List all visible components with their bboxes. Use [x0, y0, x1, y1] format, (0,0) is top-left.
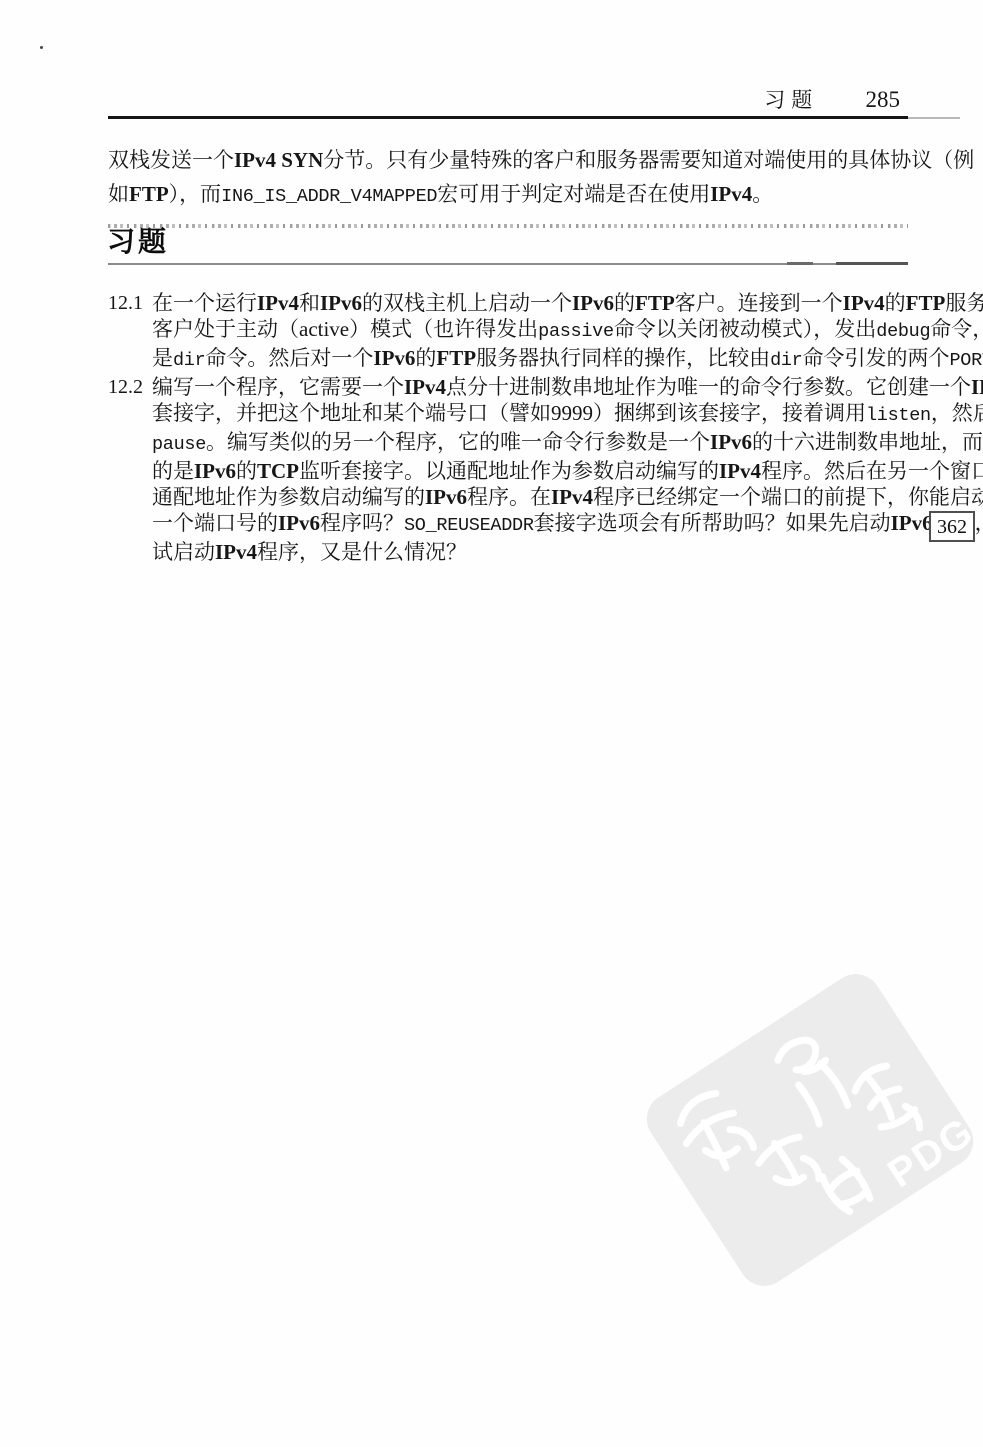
- exercise-item-12-2: 12.2 编写一个程序，它需要一个IPv4点分十进制数串地址作为唯一的命令行参数…: [108, 374, 920, 565]
- text-line: 编写一个程序，它需要一个IPv4点分十进制数串地址作为唯一的命令行参数。它创建一…: [152, 374, 920, 400]
- text-line: 试启动IPv4程序，又是什么情况？: [152, 539, 920, 565]
- text-line: 通配地址作为参数启动编写的IPv6程序。在IPv4程序已经绑定一个端口的前提下，…: [152, 484, 920, 510]
- pdg-watermark: PDG: [637, 964, 983, 1296]
- text-line: 在一个运行IPv4和IPv6的双栈主机上启动一个IPv6的FTP客户。连接到一个…: [152, 290, 920, 316]
- text-line: 客户处于主动（active）模式（也许得发出passive命令以关闭被动模式），…: [152, 316, 920, 345]
- exercises-list: 12.1 在一个运行IPv4和IPv6的双栈主机上启动一个IPv6的FTP客户。…: [108, 290, 920, 565]
- scan-speck-dot: [40, 46, 43, 49]
- running-header: 习题 285: [108, 86, 900, 114]
- text-line: pause。编写类似的另一个程序，它的唯一命令行参数是一个IPv6的十六进制数串…: [152, 429, 920, 458]
- text-line: 套接字，并把这个地址和某个端号口（譬如9999）捆绑到该套接字，接着调用list…: [152, 400, 920, 429]
- rule-dark-segment: [836, 262, 908, 265]
- exercises-section-heading: 习题: [107, 225, 169, 259]
- cross-reference-page-box: 362: [929, 511, 975, 542]
- running-header-page-number: 285: [866, 87, 901, 112]
- text-line: 一个端口号的IPv6程序吗？SO_REUSEADDR套接字选项会有所帮助吗？如果…: [152, 510, 920, 539]
- intro-paragraph: 双栈发送一个IPv4 SYN分节。只有少量特殊的客户和服务器需要知道对端使用的具…: [108, 143, 920, 214]
- running-header-section-title: 习题: [764, 88, 818, 112]
- text-line: 是dir命令。然后对一个IPv6的FTP服务器执行同样的操作，比较由dir命令引…: [152, 345, 920, 374]
- text-line: 的是IPv6的TCP监听套接字。以通配地址作为参数启动编写的IPv4程序。然后在…: [152, 458, 920, 484]
- text-line: 如FTP），而IN6_IS_ADDR_V4MAPPED宏可用于判定对端是否在使用…: [108, 177, 920, 214]
- exercise-item-12-1: 12.1 在一个运行IPv4和IPv6的双栈主机上启动一个IPv6的FTP客户。…: [108, 290, 920, 374]
- section-heading-rule: [108, 263, 908, 265]
- exercise-number: 12.1: [108, 290, 152, 316]
- header-rule: [108, 116, 908, 119]
- exercise-text: 在一个运行IPv4和IPv6的双栈主机上启动一个IPv6的FTP客户。连接到一个…: [152, 290, 920, 374]
- exercise-number: 12.2: [108, 374, 152, 400]
- exercise-text: 编写一个程序，它需要一个IPv4点分十进制数串地址作为唯一的命令行参数。它创建一…: [152, 374, 920, 565]
- text-line: 双栈发送一个IPv4 SYN分节。只有少量特殊的客户和服务器需要知道对端使用的具…: [108, 143, 920, 177]
- section-divider-speckle: [108, 224, 908, 228]
- scanned-book-page: 习题 285 双栈发送一个IPv4 SYN分节。只有少量特殊的客户和服务器需要知…: [0, 0, 983, 1447]
